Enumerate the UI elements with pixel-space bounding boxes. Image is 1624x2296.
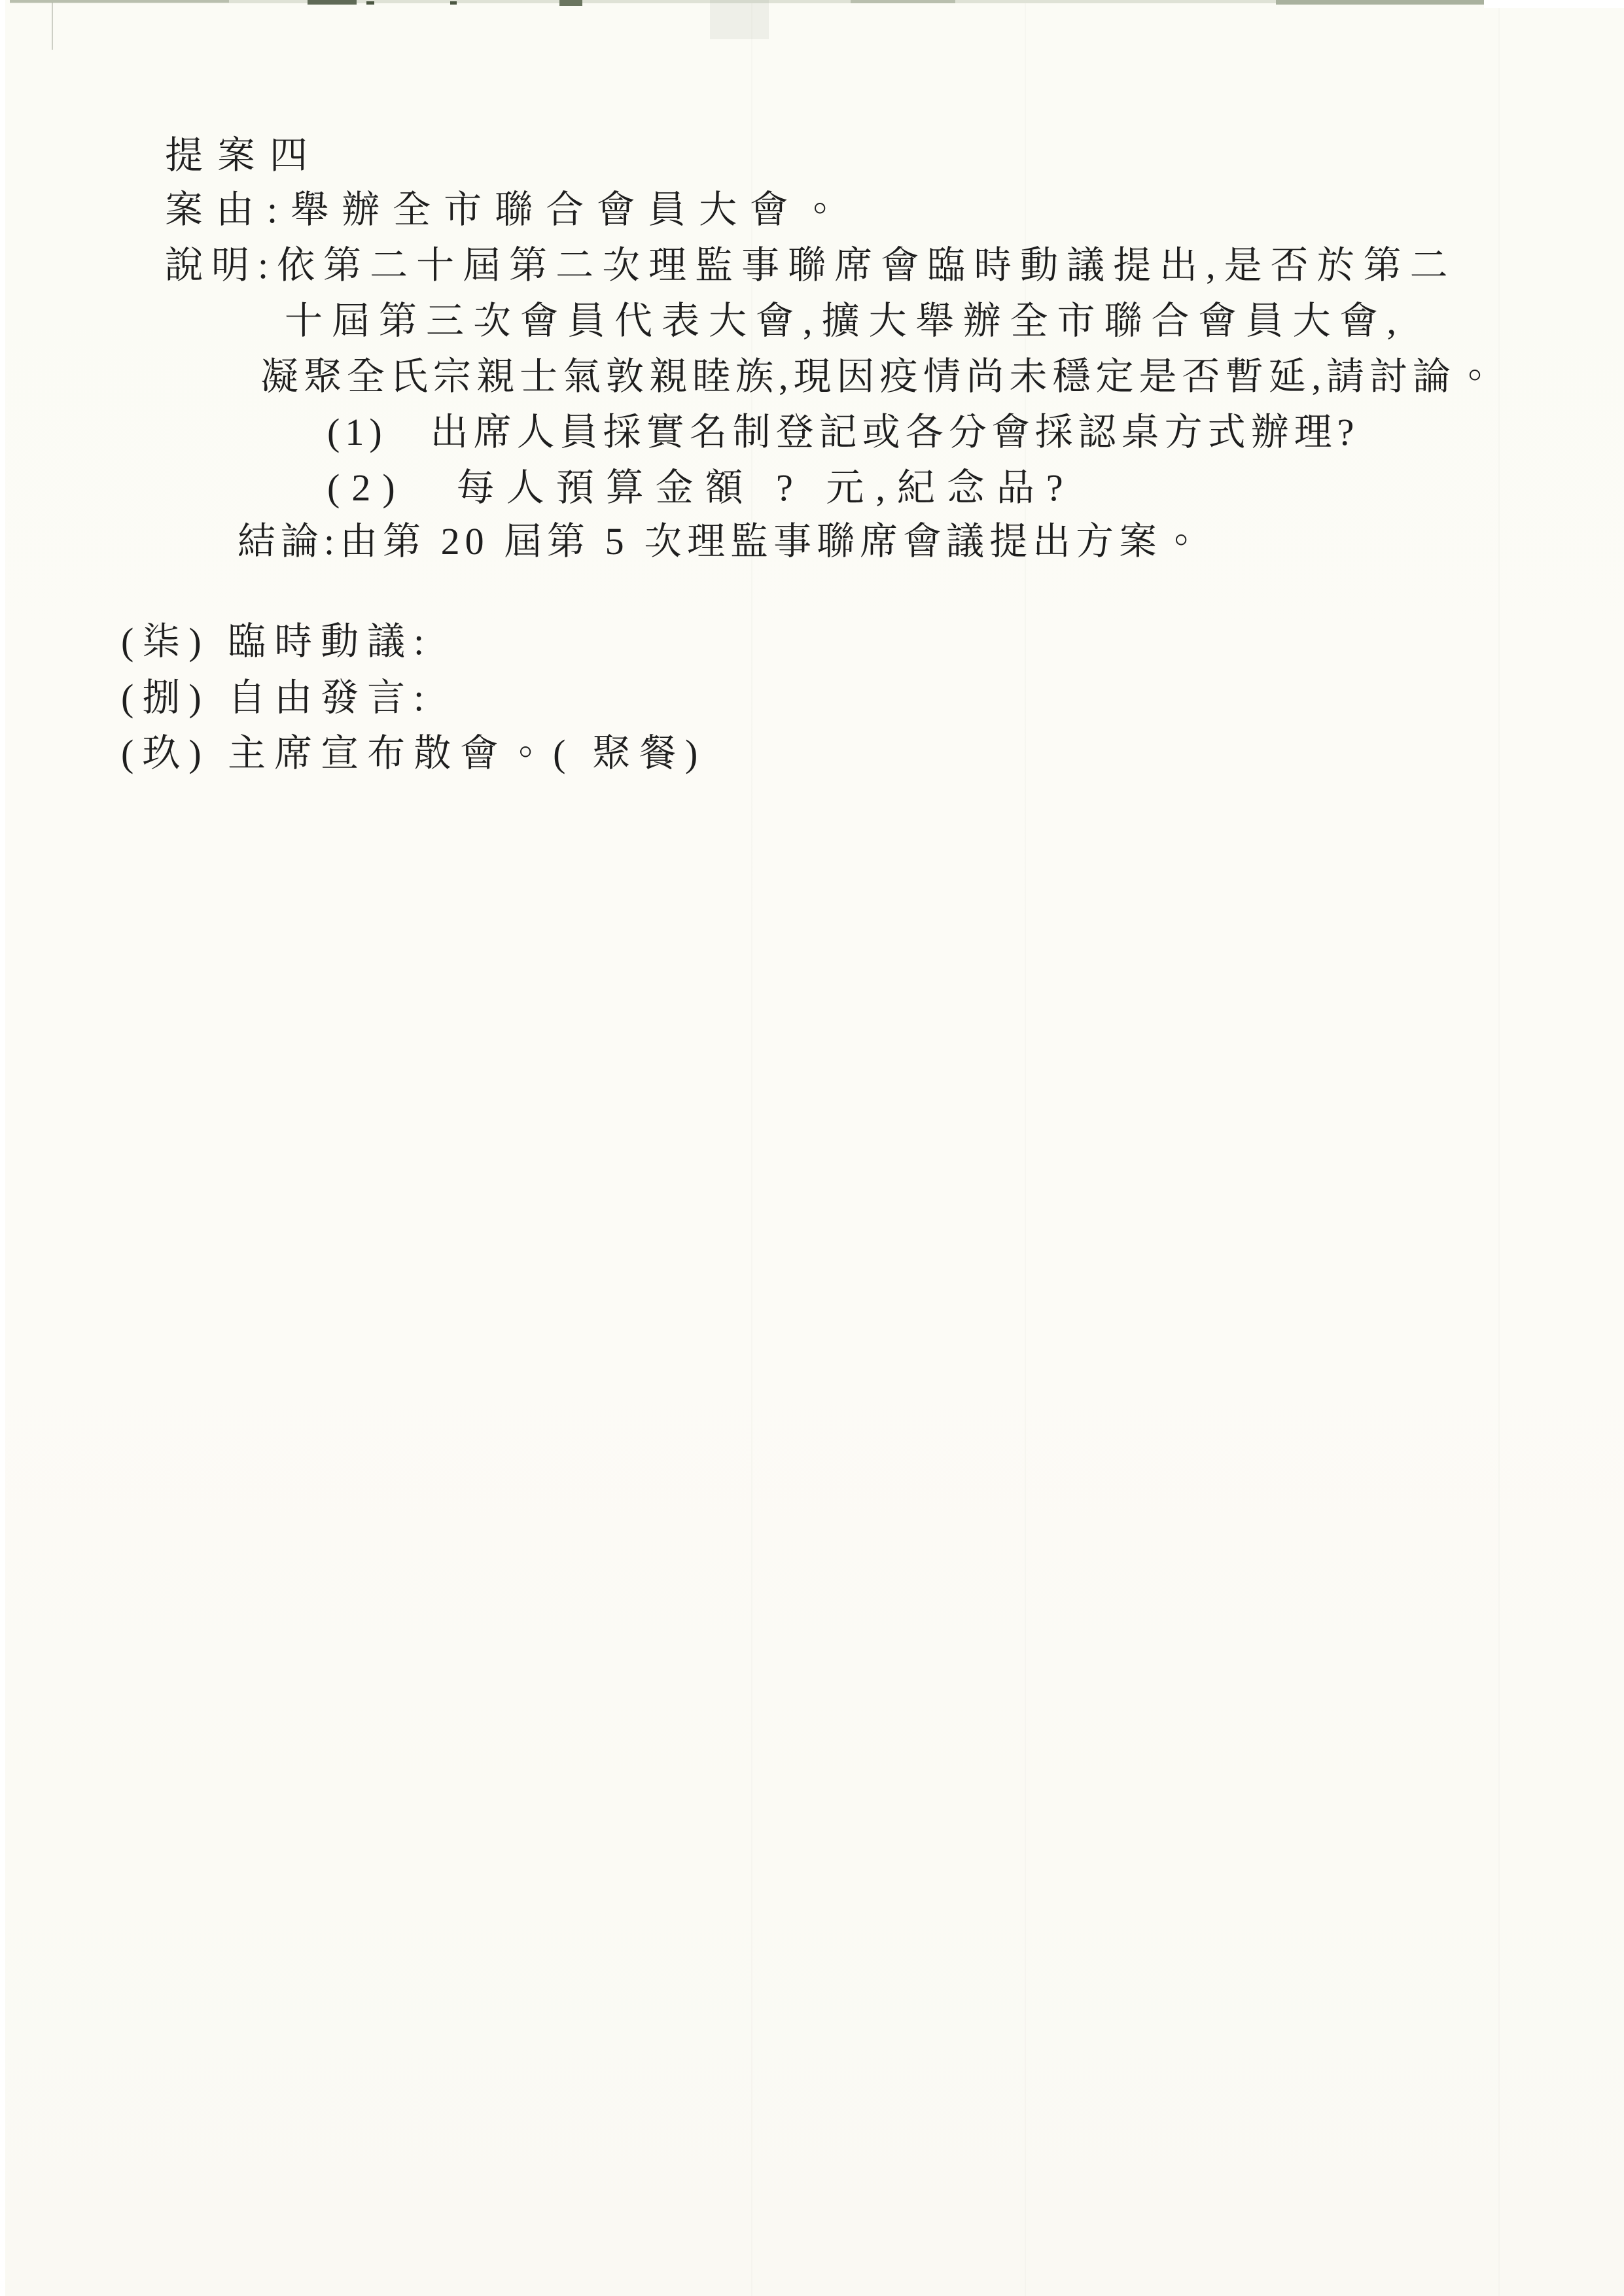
conclusion-line: 結論:由第 20 屆第 5 次理監事聯席會議提出方案。 — [238, 520, 1205, 564]
scan-edge-left — [0, 0, 5, 2296]
scan-streak — [1025, 0, 1026, 2296]
agenda-item-9: (玖) 主席宣布散會。( 聚餐) — [121, 732, 706, 776]
scan-edge-top-right — [1484, 0, 1624, 8]
explanation-line-3: 凝聚全氏宗親士氣敦親睦族,現因疫情尚未穩定是否暫延,請討論。 — [260, 355, 1499, 399]
agenda-item-7: (柒) 臨時動議: — [121, 620, 432, 664]
scan-streak — [1498, 0, 1500, 2296]
scanned-document-page: 提案四 案由:舉辦全市聯合會員大會。 說明:依第二十屆第二次理監事聯席會臨時動議… — [0, 0, 1624, 2296]
question-line-2: (2) 每人預算金額 ? 元,紀念品? — [327, 466, 1075, 510]
explanation-line-1: 說明:依第二十屆第二次理監事聯席會臨時動議提出,是否於第二 — [165, 244, 1456, 288]
question-line-1: (1) 出席人員採實名制登記或各分會採認桌方式辦理? — [327, 411, 1359, 455]
agenda-item-8: (捌) 自由發言: — [121, 676, 432, 720]
scan-streak — [751, 0, 752, 2296]
explanation-line-2: 十屆第三次會員代表大會,擴大舉辦全市聯合會員大會, — [285, 300, 1405, 343]
case-line: 案由:舉辦全市聯合會員大會。 — [165, 188, 852, 232]
scan-scratch — [52, 3, 53, 50]
proposal-title: 提案四 — [165, 134, 322, 178]
